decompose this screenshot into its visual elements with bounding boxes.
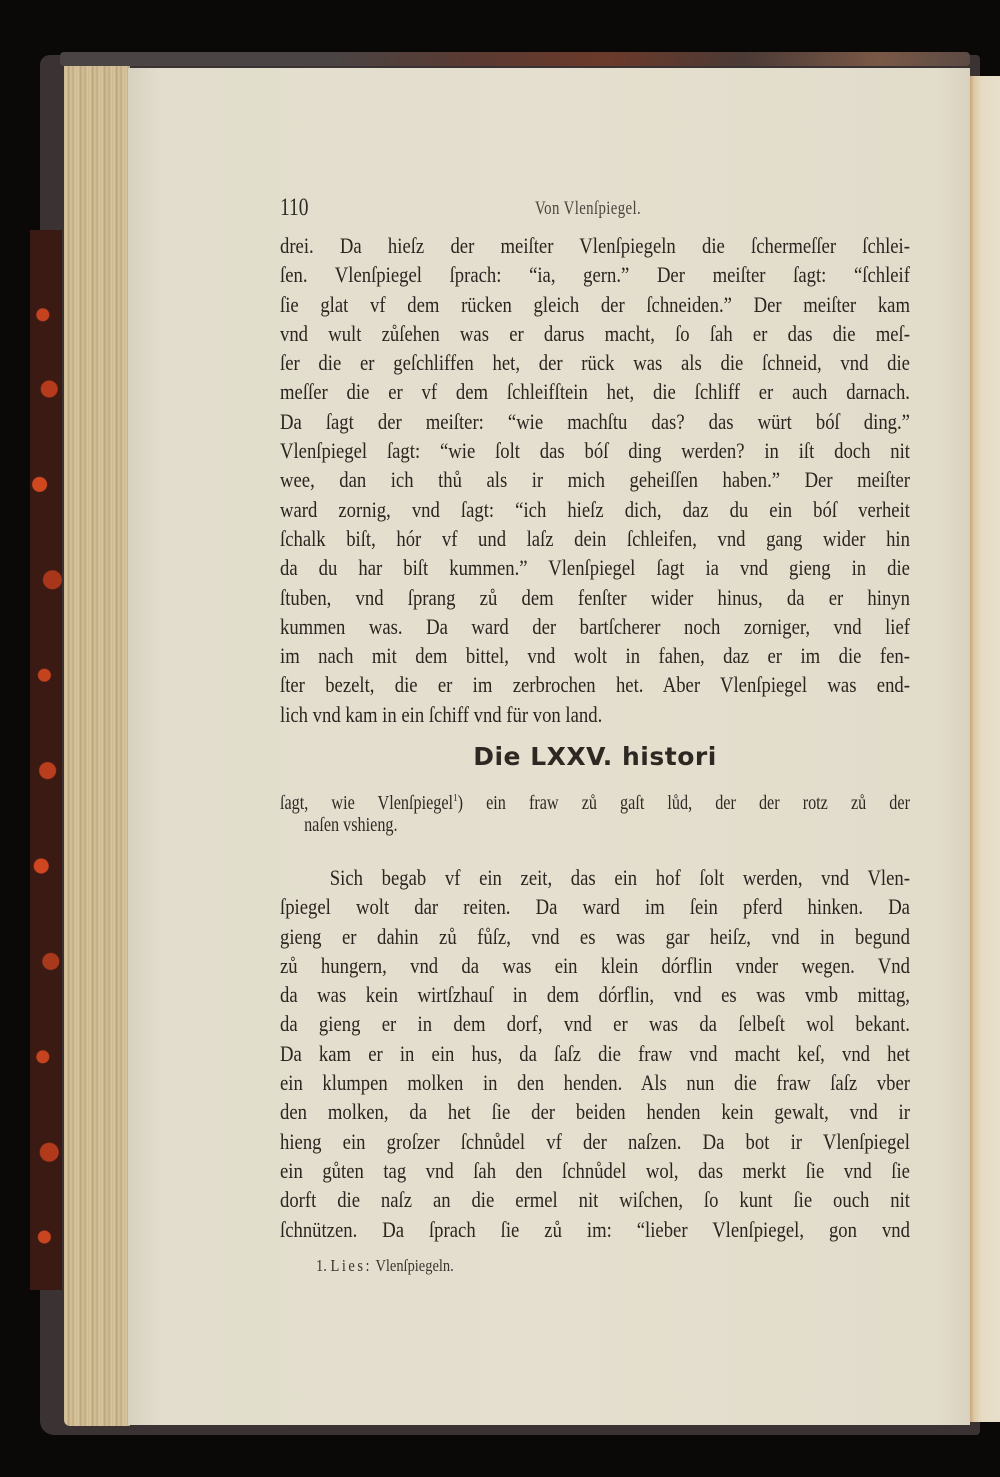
text-line: Da kam er in ein hus, da ſaſz die fraw v… bbox=[280, 1039, 910, 1068]
book-scan: 110 Von Vlenſpiegel. drei. Da hieſz der … bbox=[0, 0, 1000, 1477]
text-line: ſie glat vf dem rücken gleich der ſchnei… bbox=[280, 290, 910, 319]
cover-top-edge bbox=[60, 52, 970, 66]
text-line: kummen was. Da ward der bartſcherer noch… bbox=[280, 612, 910, 641]
running-title: Von Vlenſpiegel. bbox=[535, 198, 641, 220]
text-line: ſpiegel wolt dar reiten. Da ward im ſein… bbox=[280, 892, 910, 921]
text-line: meſſer die er vf dem ſchleifſtein het, d… bbox=[280, 377, 910, 406]
chapter-summary: ſagt, wie Vlenſpiegel1) ein fraw zů gaſt… bbox=[280, 784, 910, 840]
text-line: hieng ein groſzer ſchnůdel vf der naſzen… bbox=[280, 1127, 910, 1156]
text-line: da gieng er in dem dorf, vnd er was da ſ… bbox=[280, 1009, 910, 1038]
chapter-heading: Die LXXV. histori bbox=[280, 742, 910, 771]
text-line: ein gůten tag vnd ſah den ſchnůdel wol, … bbox=[280, 1156, 910, 1185]
text-line: dorft die naſz an die ermel nit wiſchen,… bbox=[280, 1185, 910, 1214]
page-stack-edges bbox=[64, 66, 130, 1426]
text-line: ward zornig, vnd ſagt: “ich hieſz dich, … bbox=[280, 495, 910, 524]
footnote-number: 1. bbox=[316, 1256, 327, 1275]
text-line: zů hungern, vnd da was ein klein dórflin… bbox=[280, 951, 910, 980]
text-line: ſchalk biſt, hór vf und laſz dein ſchlei… bbox=[280, 524, 910, 553]
summary-text: ſagt, wie Vlenſpiegel bbox=[280, 793, 453, 814]
facing-page-sliver bbox=[970, 76, 1000, 1422]
summary-line: naſen vshieng. bbox=[280, 812, 910, 840]
text-line: Sich begab vf ein zeit, das ein hof ſolt… bbox=[280, 863, 910, 892]
page-number: 110 bbox=[280, 194, 309, 222]
summary-text: ) ein fraw zů gaſt lůd, der der rotz zů … bbox=[458, 793, 910, 814]
continuation-text: drei. Da hieſz der meiſter Vlenſpiegeln … bbox=[280, 231, 910, 729]
text-line: lich vnd kam in ein ſchiff vnd für von l… bbox=[280, 700, 910, 729]
text-line: wee, dan ich thů als ir mich geheiſſen h… bbox=[280, 465, 910, 494]
text-line: ſen. Vlenſpiegel ſprach: “ia, gern.” Der… bbox=[280, 260, 910, 289]
text-line: Vlenſpiegel ſagt: “wie ſolt das bóſ ding… bbox=[280, 436, 910, 465]
text-line: da was kein wirtſzhauſ in dem dórflin, v… bbox=[280, 980, 910, 1009]
text-line: ſchnützen. Da ſprach ſie zů im: “lieber … bbox=[280, 1215, 910, 1244]
text-line: ſer die er geſchliffen het, der rück was… bbox=[280, 348, 910, 377]
footnote-label: Lies: bbox=[330, 1256, 372, 1275]
footnote-text: Vlenſpiegeln. bbox=[375, 1256, 453, 1275]
running-head: 110 Von Vlenſpiegel. bbox=[280, 194, 910, 224]
summary-line: ſagt, wie Vlenſpiegel1) ein fraw zů gaſt… bbox=[280, 784, 910, 812]
text-line: den molken, da het ſie der beiden henden… bbox=[280, 1097, 910, 1126]
text-line: ſter bezelt, die er im zerbrochen het. A… bbox=[280, 670, 910, 699]
story-text: Sich begab vf ein zeit, das ein hof ſolt… bbox=[280, 863, 910, 1244]
footnote: 1. Lies: Vlenſpiegeln. bbox=[316, 1256, 454, 1276]
text-line: gieng er dahin zů fůſz, vnd es was gar h… bbox=[280, 922, 910, 951]
text-line: Da ſagt der meiſter: “wie machſtu das? d… bbox=[280, 407, 910, 436]
text-line: ſtuben, vnd ſprang zů dem fenſter wider … bbox=[280, 583, 910, 612]
text-line: drei. Da hieſz der meiſter Vlenſpiegeln … bbox=[280, 231, 910, 260]
text-line: ein klumpen molken in den henden. Als nu… bbox=[280, 1068, 910, 1097]
marbled-spine-edge bbox=[30, 230, 62, 1290]
text-line: vnd wult zůſehen was er darus macht, ſo … bbox=[280, 319, 910, 348]
text-line: im nach mit dem bittel, vnd wolt in fahe… bbox=[280, 641, 910, 670]
text-line: da du har biſt kummen.” Vlenſpiegel ſagt… bbox=[280, 553, 910, 582]
